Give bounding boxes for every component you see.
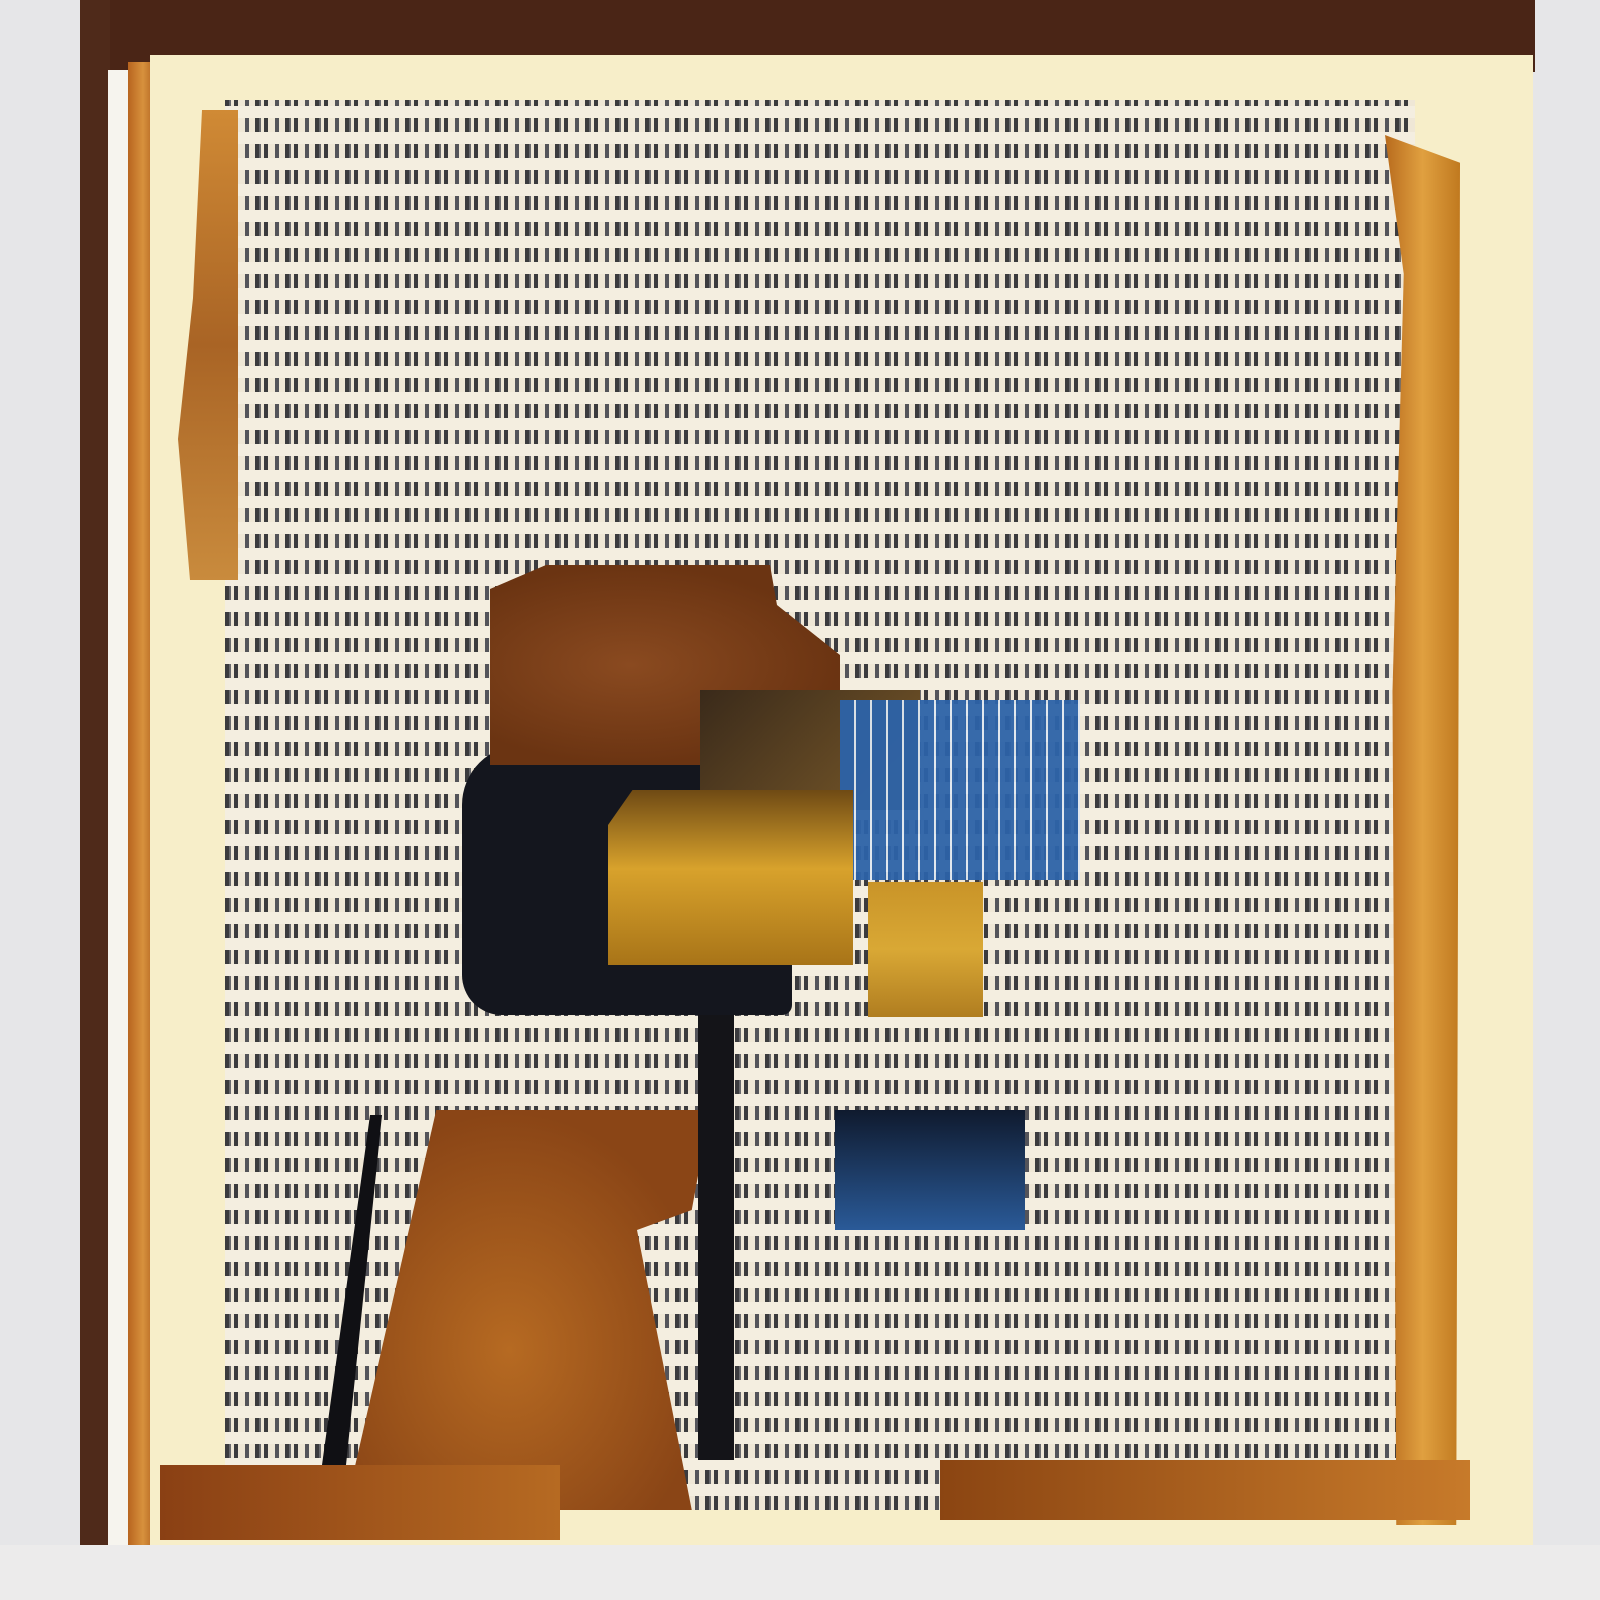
bottom-edge — [0, 1545, 1600, 1600]
figure-face-gold — [608, 790, 853, 965]
blue-lower-fragment — [835, 1110, 1025, 1230]
gold-square — [868, 882, 983, 1017]
figure-neck-pole — [698, 1010, 734, 1460]
bottom-rust-right — [940, 1460, 1470, 1520]
dark-frame-left — [80, 0, 110, 1600]
blue-building-panel — [840, 700, 1080, 880]
white-strip — [108, 70, 130, 1600]
bottom-rust-left — [160, 1465, 560, 1540]
